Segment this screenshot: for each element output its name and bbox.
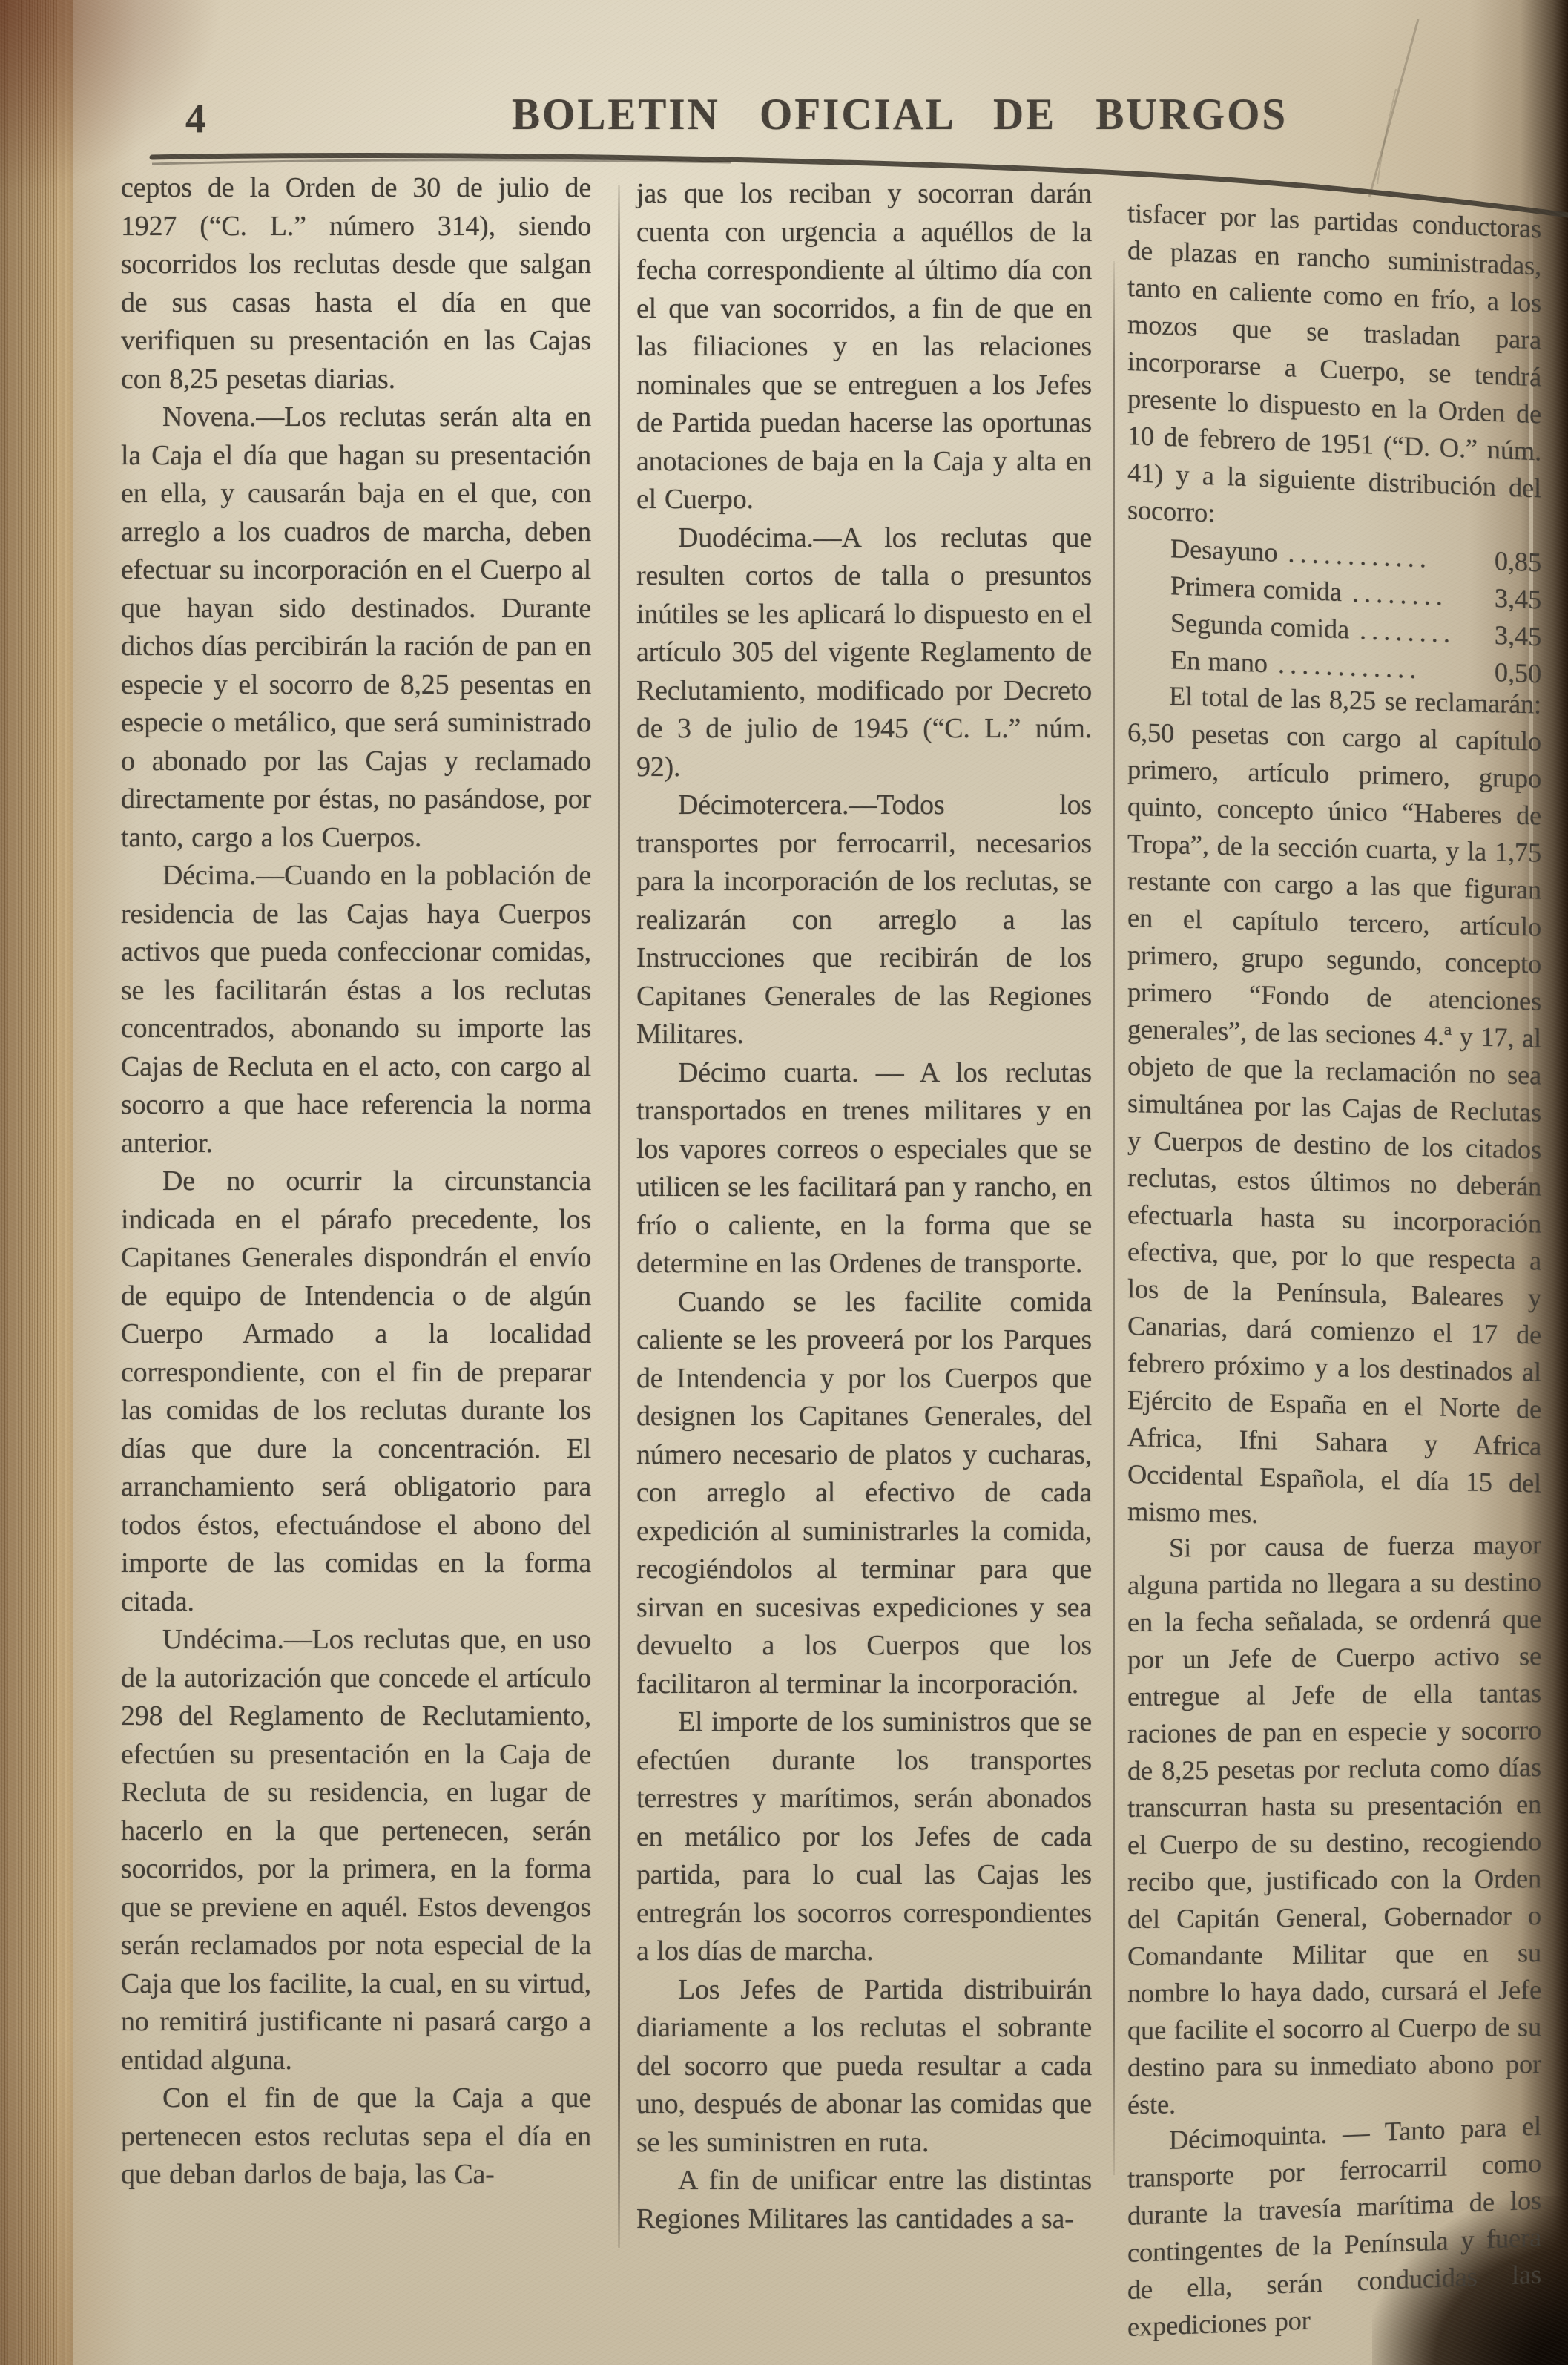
- scanned-gazette-page: 4 BOLETIN OFICIAL DE BURGOS ceptos de la…: [0, 0, 1568, 2365]
- paper-grain-overlay: [0, 0, 1568, 2365]
